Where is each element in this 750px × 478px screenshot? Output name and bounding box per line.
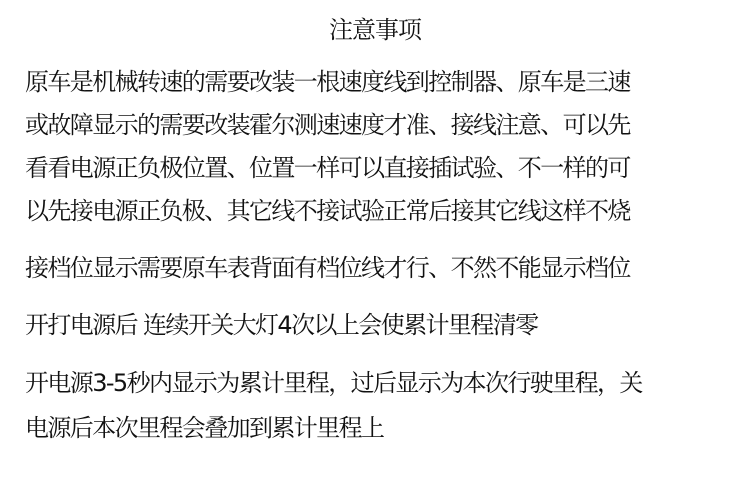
text-line: 看看电源正负极位置、位置一样可以直接插试验、不一样的可 (25, 152, 630, 184)
text-line: 开打电源后 连续开关大灯4次以上会使累计里程清零 (25, 309, 538, 341)
text-line: 电源后本次里程会叠加到累计里程上 (25, 412, 383, 444)
text-line: 原车是机械转速的需要改装一根速度线到控制器、原车是三速 (25, 66, 630, 98)
text-line: 开电源3-5秒内显示为累计里程，过后显示为本次行驶里程，关 (25, 367, 642, 399)
text-line: 接档位显示需要原车表背面有档位线才行、不然不能显示档位 (25, 252, 630, 284)
page-title: 注意事项 (0, 14, 750, 46)
text-line: 或故障显示的需要改装霍尔测速速度才准、接线注意、可以先 (25, 109, 630, 141)
text-line: 以先接电源正负极、其它线不接试验正常后接其它线这样不烧 (25, 195, 630, 227)
